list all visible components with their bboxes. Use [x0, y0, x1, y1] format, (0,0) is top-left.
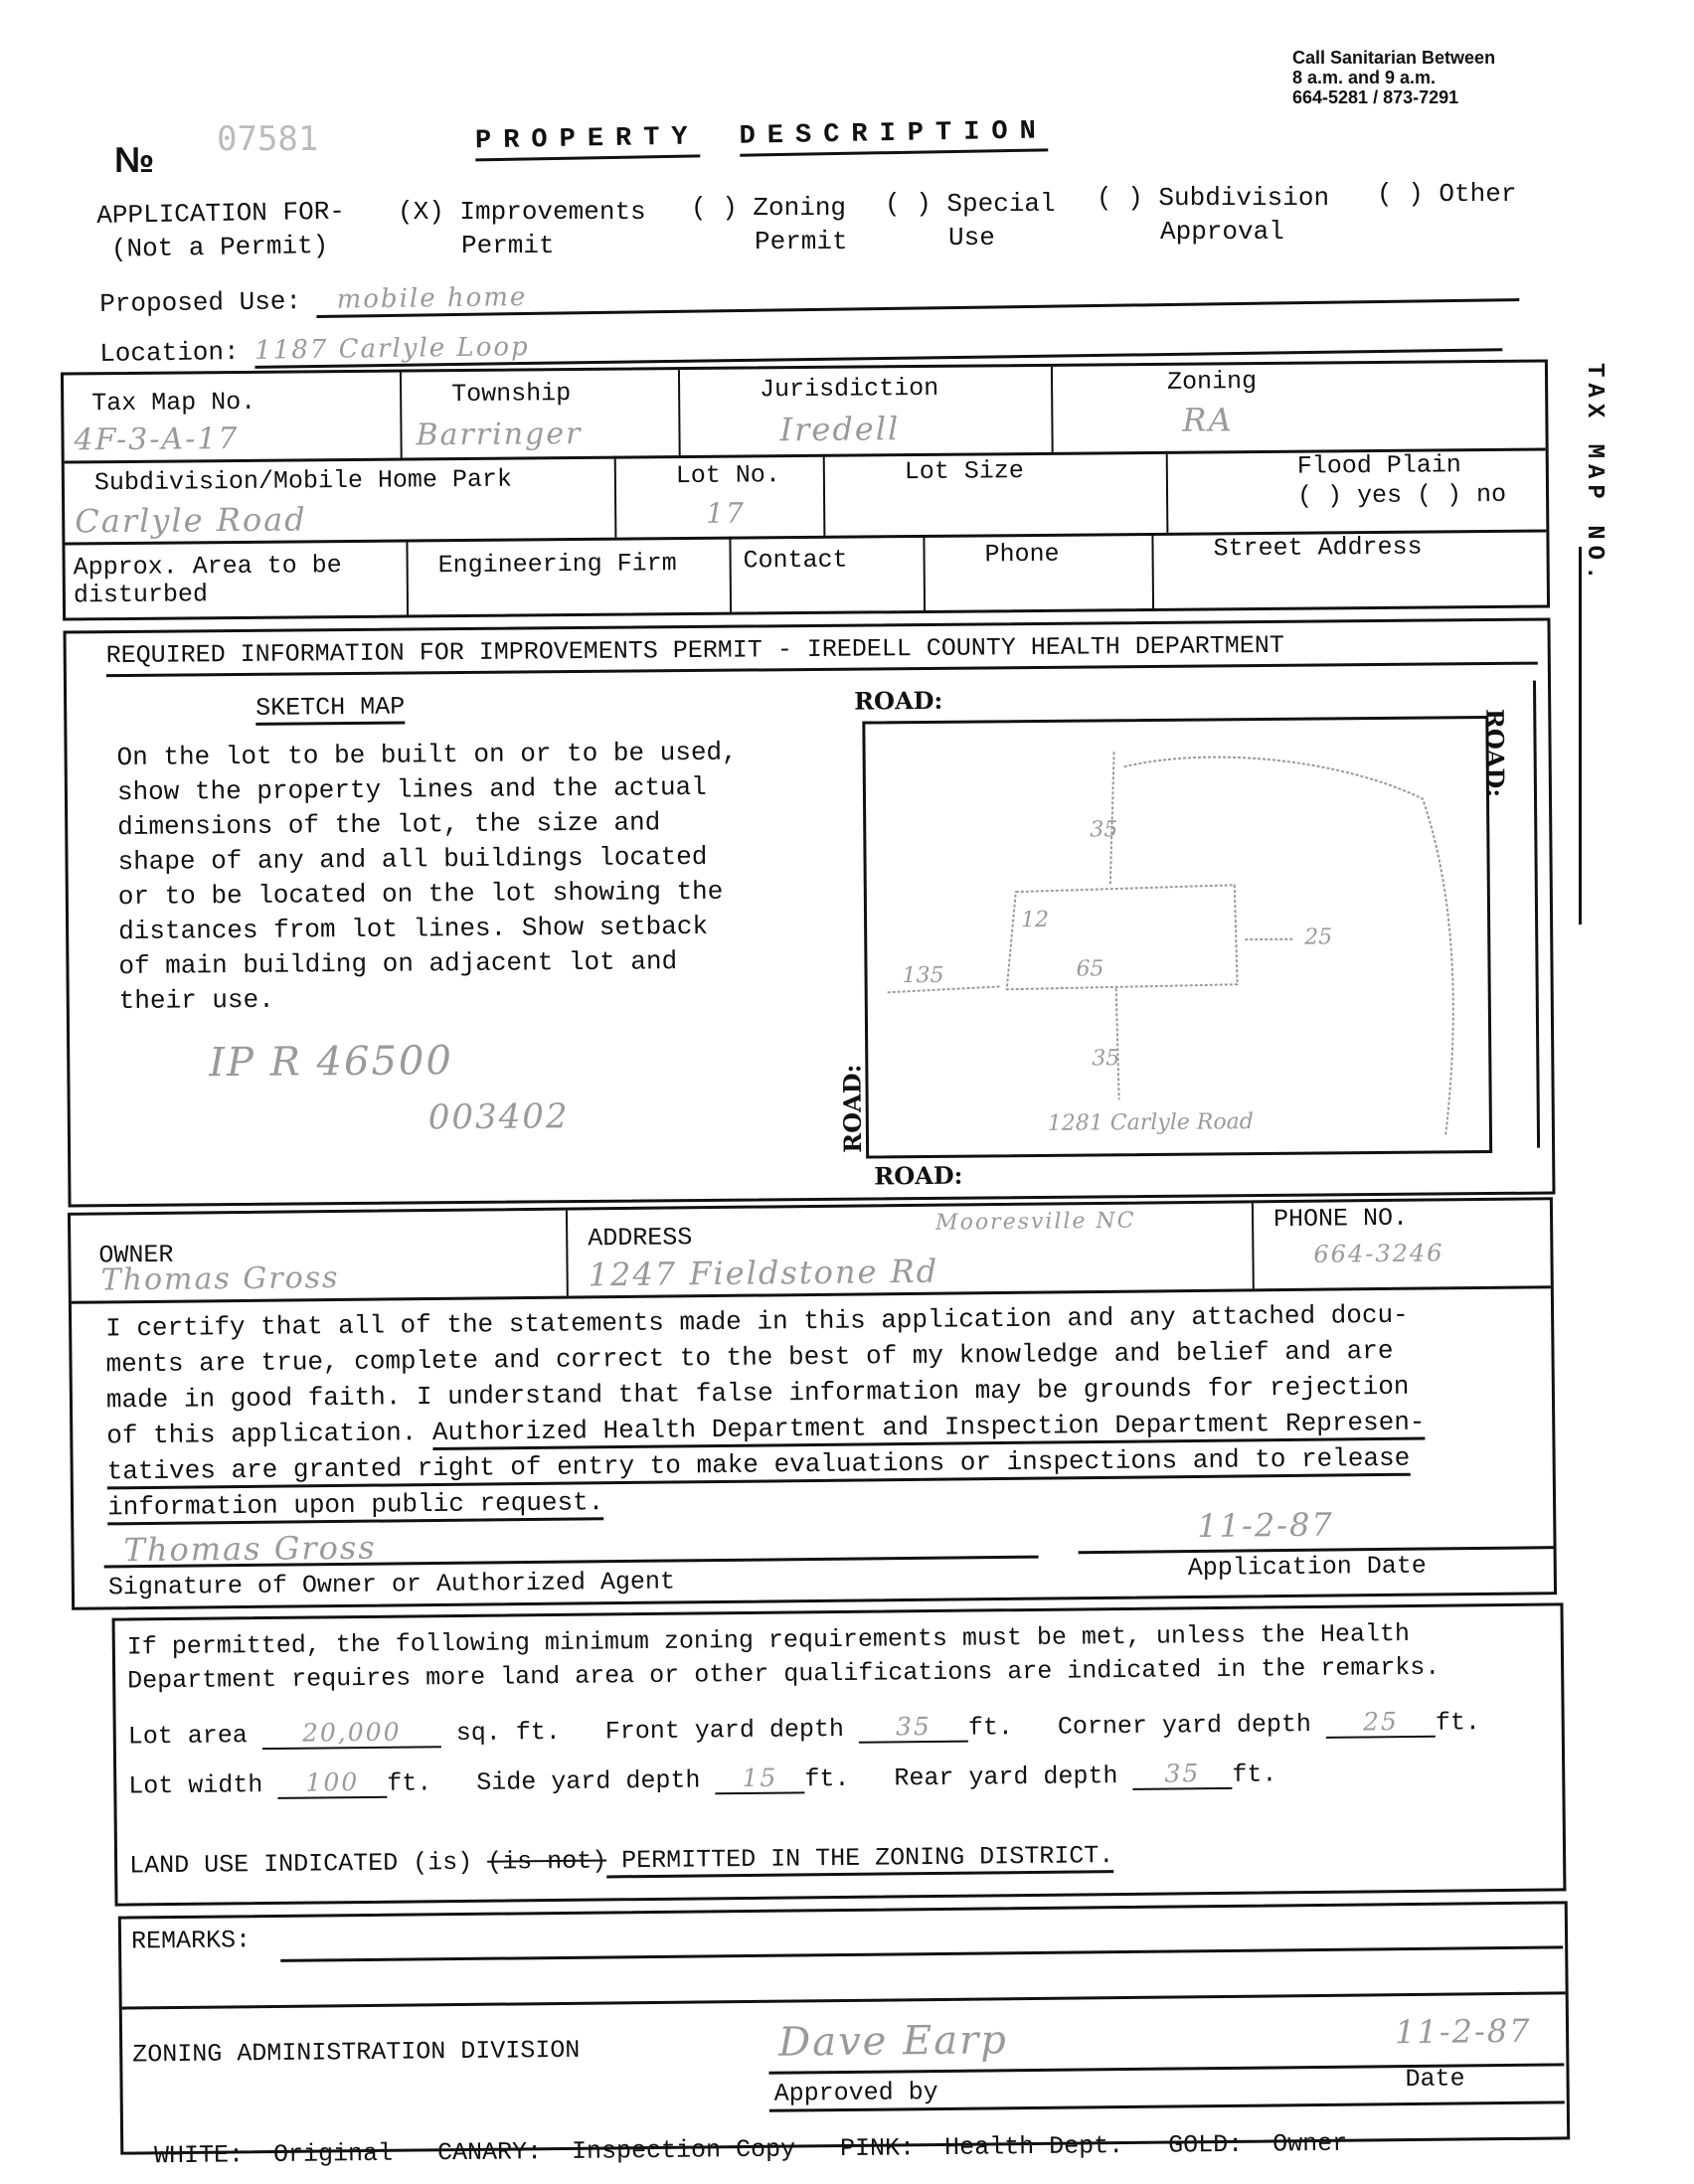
sketch-dim-right: 25 — [1303, 924, 1332, 949]
sketch-instructions: On the lot to be built on or to be used,… — [116, 736, 740, 1019]
jurisdiction-label: Jurisdiction — [760, 374, 938, 405]
subdivision-value: Carlyle Road — [75, 500, 307, 540]
sketch-map-title: SKETCH MAP — [255, 693, 405, 726]
proposed-use-row: Proposed Use: mobile home — [99, 268, 1520, 321]
approval-date-value[interactable]: 11-2-87 — [1395, 2012, 1532, 2051]
engineering-firm-label: Engineering Firm — [438, 549, 677, 580]
remarks-label: REMARKS: — [131, 1926, 251, 1955]
application-date-value[interactable]: 11-2-87 — [1197, 1506, 1334, 1545]
sketch-dim-rear: 35 — [1092, 1046, 1119, 1071]
lot-no-cell[interactable]: Lot No. 17 — [616, 454, 826, 538]
lot-no-value: 17 — [706, 497, 746, 530]
application-for-label: APPLICATION FOR- (Not a Permit) — [96, 195, 346, 266]
instruction-line: shape of any and all buildings located — [117, 840, 738, 880]
tax-map-side-field[interactable] — [1579, 547, 1582, 924]
rear-yard-label: Rear yard depth — [894, 1762, 1117, 1792]
option-label: Improvements — [459, 197, 645, 227]
road-label-top: ROAD: — [854, 686, 942, 716]
sketch-street: 1281 Carlyle Road — [1048, 1109, 1254, 1136]
address-label: ADDRESS — [588, 1223, 692, 1253]
property-grid: Tax Map No. 4F-3-A-17 Township Barringer… — [61, 359, 1550, 620]
side-yard-unit: ft. — [804, 1764, 849, 1793]
area-disturbed-label: Approx. Area to be disturbed — [74, 552, 372, 610]
lot-area-unit: sq. ft. — [456, 1718, 561, 1748]
title-word-property: PROPERTY — [475, 122, 700, 161]
proposed-use-field[interactable]: mobile home — [316, 268, 1519, 318]
front-yard-label: Front yard depth — [605, 1715, 844, 1747]
option-label: Subdivision — [1158, 183, 1329, 213]
phone-label: Phone — [984, 540, 1059, 570]
handwritten-permit-number: 003402 — [428, 1096, 570, 1137]
zoning-cell[interactable]: Zoning RA — [1053, 363, 1546, 452]
sketch-right-rule — [1533, 681, 1540, 1148]
sketch-map-canvas[interactable]: 35 35 135 25 65 12 1281 Carlyle Road — [862, 716, 1492, 1158]
zoning-value: RA — [1182, 401, 1234, 438]
sanitarian-line-1: Call Sanitarian Between — [1292, 48, 1495, 68]
zoning-intro: If permitted, the following minimum zoni… — [127, 1617, 1440, 1699]
engineering-firm-cell[interactable]: Engineering Firm — [408, 537, 732, 615]
address-cell[interactable]: ADDRESS Mooresville NC 1247 Fieldstone R… — [568, 1203, 1255, 1295]
sketch-dim-depth: 12 — [1021, 908, 1049, 932]
land-use-suffix: PERMITTED IN THE ZONING DISTRICT. — [606, 1841, 1113, 1878]
area-disturbed-cell[interactable]: Approx. Area to be disturbed — [65, 539, 409, 617]
option-label: Zoning — [753, 193, 846, 223]
lot-area-field[interactable]: 20,000 — [262, 1717, 441, 1750]
instruction-line: of main building on adjacent lot and — [118, 944, 739, 984]
checkbox-zoning[interactable]: ( ) — [691, 193, 738, 223]
sanitarian-contact-note: Call Sanitarian Between 8 a.m. and 9 a.m… — [1292, 48, 1495, 107]
corner-yard-field[interactable]: 25 — [1326, 1707, 1436, 1739]
land-use-prefix: LAND USE INDICATED (is) — [129, 1848, 487, 1881]
certification-text: I certify that all of the statements mad… — [105, 1297, 1426, 1526]
page-title: PROPERTYDESCRIPTION — [475, 116, 1088, 157]
lot-width-unit: ft. — [387, 1768, 431, 1797]
land-use-struck: (is not) — [487, 1846, 606, 1876]
option-label: Special — [946, 189, 1055, 219]
street-address-label: Street Address — [1213, 533, 1422, 564]
option-zoning-permit[interactable]: ( ) Zoning Permit — [691, 191, 848, 258]
option-other[interactable]: ( ) Other — [1377, 177, 1516, 211]
address-city-value: Mooresville NC — [935, 1209, 1136, 1236]
signature-label: Signature of Owner or Authorized Agent — [108, 1567, 675, 1601]
corner-yard-unit: ft. — [1436, 1708, 1480, 1737]
zoning-requirements-section: If permitted, the following minimum zoni… — [112, 1602, 1567, 1906]
flood-plain-label: Flood Plain — [1297, 450, 1461, 480]
option-label: Approval — [1097, 217, 1284, 247]
zoning-row-2: Lot width 100ft. Side yard depth 15ft. R… — [128, 1758, 1277, 1800]
jurisdiction-cell[interactable]: Jurisdiction Iredell — [680, 367, 1054, 455]
side-yard-field[interactable]: 15 — [715, 1763, 804, 1794]
sanitarian-phones: 664-5281 / 873-7291 — [1292, 87, 1495, 107]
flood-plain-options[interactable]: ( ) yes ( ) no — [1297, 480, 1506, 511]
flood-plain-cell[interactable]: Flood Plain ( ) yes ( ) no — [1168, 448, 1547, 533]
contact-cell[interactable]: Contact — [731, 535, 926, 612]
lot-width-field[interactable]: 100 — [277, 1767, 387, 1799]
subdivision-cell[interactable]: Subdivision/Mobile Home Park Carlyle Roa… — [65, 456, 617, 543]
instruction-line: On the lot to be built on or to be used, — [116, 736, 737, 775]
corner-yard-label: Corner yard depth — [1058, 1710, 1311, 1742]
option-improvements-permit[interactable]: (X) Improvements Permit — [398, 195, 646, 262]
owner-certification-section: OWNER Thomas Gross ADDRESS Mooresville N… — [68, 1197, 1557, 1610]
approved-by-signature[interactable]: Dave Earp — [778, 2017, 1008, 2065]
sanitarian-line-2: 8 a.m. and 9 a.m. — [1292, 68, 1495, 87]
jurisdiction-value: Iredell — [779, 410, 900, 448]
application-date-label: Application Date — [1188, 1552, 1427, 1584]
handwritten-permit-note: IP R 46500 — [209, 1038, 453, 1086]
zoning-division-label: ZONING ADMINISTRATION DIVISION — [132, 2036, 580, 2070]
improvements-heading: REQUIRED INFORMATION FOR IMPROVEMENTS PE… — [106, 629, 1538, 678]
serial-number: 07581 — [217, 119, 318, 159]
phone-no-label: PHONE NO. — [1273, 1204, 1408, 1234]
zoning-row-1: Lot area 20,000 sq. ft. Front yard depth… — [128, 1706, 1481, 1751]
option-label: Permit — [398, 231, 555, 260]
remarks-approval-section: REMARKS: ZONING ADMINISTRATION DIVISION … — [118, 1901, 1570, 2154]
sketch-dim-width: 65 — [1076, 956, 1103, 981]
remarks-bottom-rule — [122, 1991, 1566, 2009]
township-cell[interactable]: Township Barringer — [402, 370, 681, 457]
front-yard-field[interactable]: 35 — [859, 1712, 968, 1744]
option-label: Use — [885, 223, 995, 252]
improvements-section: REQUIRED INFORMATION FOR IMPROVEMENTS PE… — [63, 617, 1555, 1207]
rear-yard-field[interactable]: 35 — [1132, 1759, 1232, 1790]
number-mark: № — [114, 139, 154, 181]
owner-cell[interactable]: OWNER Thomas Gross — [71, 1211, 569, 1301]
application-for-line2: (Not a Permit) — [97, 229, 346, 266]
owner-row: OWNER Thomas Gross ADDRESS Mooresville N… — [71, 1200, 1551, 1304]
checkbox-special-use[interactable]: ( ) — [885, 189, 932, 219]
contact-label: Contact — [743, 546, 847, 576]
proposed-use-label: Proposed Use: — [99, 286, 301, 319]
option-label: Other — [1439, 179, 1516, 209]
zoning-label: Zoning — [1167, 367, 1257, 397]
grid-row-1: Tax Map No. 4F-3-A-17 Township Barringer… — [64, 363, 1546, 464]
owner-value: Thomas Gross — [100, 1260, 339, 1298]
cert-line-6: information upon public request. — [107, 1487, 604, 1525]
rear-yard-unit: ft. — [1232, 1760, 1276, 1788]
instruction-line: dimensions of the lot, the size and — [117, 805, 738, 845]
lot-area-label: Lot area — [128, 1721, 248, 1751]
instruction-line: or to be located on the lot showing the — [118, 875, 739, 915]
instruction-line: show the property lines and the actual — [117, 770, 738, 810]
approved-by-label: Approved by — [774, 2078, 938, 2108]
sketch-dim-front: 35 — [1090, 817, 1117, 842]
option-special-use[interactable]: ( ) Special Use — [885, 187, 1056, 254]
phone-no-value: 664-3246 — [1313, 1239, 1443, 1267]
remarks-field[interactable] — [280, 1945, 1563, 1962]
application-for-line1: APPLICATION FOR- — [96, 195, 345, 233]
lot-size-label: Lot Size — [905, 456, 1024, 486]
checkbox-other[interactable]: ( ) — [1377, 179, 1424, 209]
lot-size-cell[interactable]: Lot Size — [825, 451, 1169, 536]
road-label-bottom: ROAD: — [874, 1161, 962, 1191]
township-label: Township — [451, 379, 571, 409]
grid-row-3: Approx. Area to be disturbed Engineering… — [65, 529, 1547, 617]
tax-map-no-cell[interactable]: Tax Map No. 4F-3-A-17 — [64, 373, 403, 461]
lot-width-label: Lot width — [128, 1770, 262, 1800]
tax-map-no-value: 4F-3-A-17 — [74, 421, 239, 457]
phone-no-cell[interactable]: PHONE NO. 664-3246 — [1254, 1200, 1553, 1288]
checkbox-subdivision[interactable]: ( ) — [1097, 183, 1143, 213]
checkbox-improvements[interactable]: (X) — [398, 197, 444, 227]
sketch-dim-left: 135 — [902, 963, 943, 988]
phone-cell[interactable]: Phone — [925, 533, 1154, 610]
instruction-line: their use. — [119, 979, 740, 1019]
instruction-line: distances from lot lines. Show setback — [118, 910, 739, 949]
sketch-drawing: 35 35 135 25 65 12 1281 Carlyle Road — [865, 719, 1489, 1155]
option-label: Permit — [691, 227, 848, 256]
land-use-statement: LAND USE INDICATED (is) (is not) PERMITT… — [129, 1841, 1113, 1880]
location-label: Location: — [99, 337, 240, 369]
tax-map-no-label: Tax Map No. — [91, 388, 255, 418]
road-label-left: ROAD: — [837, 1065, 867, 1153]
subdivision-label: Subdivision/Mobile Home Park — [94, 465, 512, 498]
approval-date-label: Date — [1405, 2064, 1464, 2094]
address-value: 1247 Fieldstone Rd — [588, 1253, 938, 1294]
tax-map-side-label: TAX MAP NO. — [1581, 363, 1608, 586]
option-subdivision-approval[interactable]: ( ) Subdivision Approval — [1097, 181, 1329, 249]
township-value: Barringer — [416, 417, 582, 452]
side-yard-label: Side yard depth — [476, 1765, 700, 1796]
street-address-cell[interactable]: Street Address — [1153, 529, 1547, 607]
lot-no-label: Lot No. — [676, 460, 780, 490]
title-word-description: DESCRIPTION — [739, 116, 1048, 156]
front-yard-unit: ft. — [968, 1713, 1013, 1742]
cert-line-4-plain: of this application. — [106, 1418, 432, 1450]
